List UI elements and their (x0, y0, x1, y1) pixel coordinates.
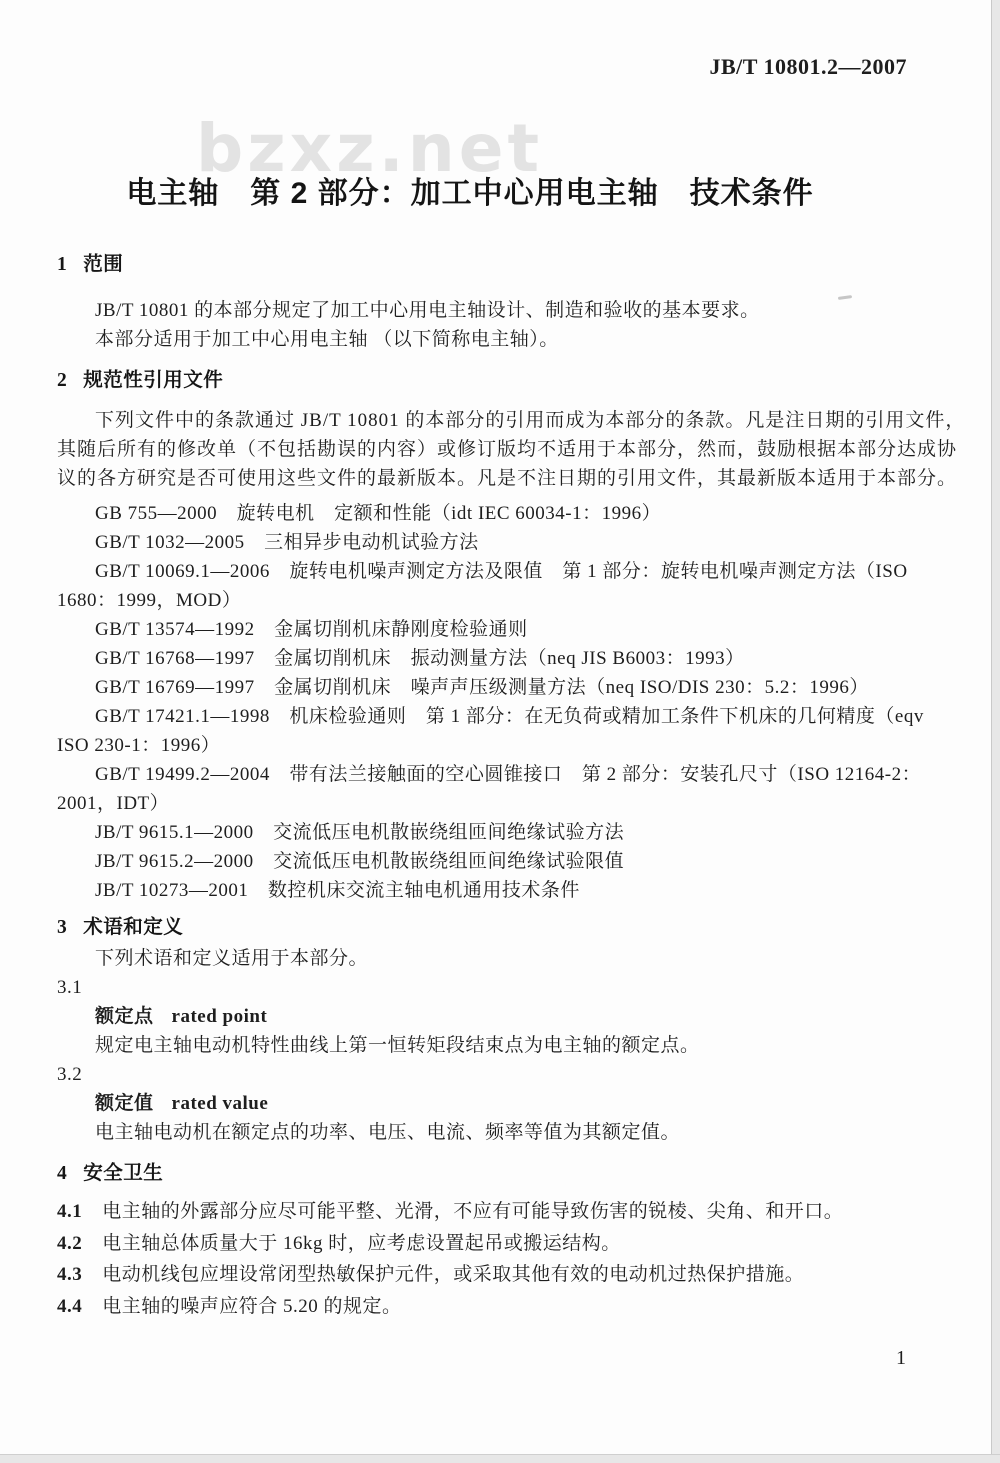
paragraph-line: 下列文件中的条款通过 JB/T 10801 的本部分的引用而成为本部分的条款。凡… (57, 406, 941, 435)
section-safety-hygiene: 4安全卫生 4.1电主轴的外露部分应尽可能平整、光滑，不应有可能导致伤害的锐棱、… (57, 1159, 941, 1322)
term-number: 3.2 (57, 1060, 941, 1089)
term-zh: 额定点 (95, 1006, 154, 1027)
reference-line: GB/T 16768—1997 金属切削机床 振动测量方法（neq JIS B6… (57, 644, 941, 673)
reference-entry: JB/T 9615.1—2000 交流低压电机散嵌绕组匝间绝缘试验方法 (57, 818, 941, 847)
term-definition: 规定电主轴电动机特性曲线上第一恒转矩段结束点为电主轴的额定点。 (95, 1031, 941, 1060)
section-number: 2 (57, 370, 67, 391)
reference-entry: GB/T 17421.1—1998 机床检验通则 第 1 部分：在无负荷或精加工… (57, 702, 941, 760)
reference-line: GB/T 16769—1997 金属切削机床 噪声声压级测量方法（neq ISO… (57, 673, 941, 702)
document-page: JB/T 10801.2—2007 bzxz.net 电主轴 第 2 部分：加工… (0, 0, 1000, 1463)
section-heading: 4安全卫生 (57, 1159, 941, 1188)
paragraph: 下列术语和定义适用于本部分。 (57, 944, 941, 973)
term-name: 额定点rated point (95, 1002, 941, 1031)
reference-line: GB/T 1032—2005 三相异步电动机试验方法 (57, 528, 941, 557)
reference-line: JB/T 10273—2001 数控机床交流主轴电机通用技术条件 (57, 876, 941, 905)
page-number: 1 (896, 1347, 906, 1370)
section-label: 术语和定义 (83, 916, 183, 938)
document-title: 电主轴 第 2 部分：加工中心用电主轴 技术条件 (0, 168, 940, 212)
section-number: 1 (57, 254, 67, 275)
clause-number: 4.2 (57, 1233, 82, 1254)
section-label: 规范性引用文件 (83, 369, 223, 391)
clause-text: 电主轴的噪声应符合 5.20 的规定。 (102, 1296, 401, 1317)
clause: 4.1电主轴的外露部分应尽可能平整、光滑，不应有可能导致伤害的锐棱、尖角、和开口… (57, 1196, 941, 1228)
reference-line: ISO 230-1：1996） (57, 731, 941, 760)
reference-entry: GB/T 16769—1997 金属切削机床 噪声声压级测量方法（neq ISO… (57, 673, 941, 702)
term-number: 3.1 (57, 973, 941, 1002)
reference-line: GB 755—2000 旋转电机 定额和性能（idt IEC 60034-1：1… (57, 499, 941, 528)
reference-list: GB 755—2000 旋转电机 定额和性能（idt IEC 60034-1：1… (57, 499, 941, 905)
clause-text: 电主轴总体质量大于 16kg 时，应考虑设置起吊或搬运结构。 (102, 1233, 621, 1254)
section-number: 4 (57, 1163, 67, 1184)
section-normative-references: 2规范性引用文件 下列文件中的条款通过 JB/T 10801 的本部分的引用而成… (57, 366, 941, 905)
reference-entry: GB 755—2000 旋转电机 定额和性能（idt IEC 60034-1：1… (57, 499, 941, 528)
term-entry: 3.2 额定值rated value 电主轴电动机在额定点的功率、电压、电流、频… (57, 1060, 941, 1147)
reference-line: JB/T 9615.2—2000 交流低压电机散嵌绕组匝间绝缘试验限值 (57, 847, 941, 876)
section-terms-definitions: 3术语和定义 下列术语和定义适用于本部分。 3.1 额定点rated point… (57, 913, 941, 1147)
reference-line: 1680：1999，MOD） (57, 586, 941, 615)
section-heading: 1范围 (57, 250, 941, 279)
reference-line: GB/T 19499.2—2004 带有法兰接触面的空心圆锥接口 第 2 部分：… (57, 760, 941, 789)
reference-entry: GB/T 1032—2005 三相异步电动机试验方法 (57, 528, 941, 557)
paragraph: 本部分适用于加工中心用电主轴 （以下简称电主轴）。 (57, 325, 941, 354)
reference-entry: JB/T 10273—2001 数控机床交流主轴电机通用技术条件 (57, 876, 941, 905)
section-heading: 3术语和定义 (57, 913, 941, 942)
reference-entry: GB/T 13574—1992 金属切削机床静刚度检验通则 (57, 615, 941, 644)
clause: 4.2电主轴总体质量大于 16kg 时，应考虑设置起吊或搬运结构。 (57, 1228, 941, 1260)
standard-code: JB/T 10801.2—2007 (709, 54, 907, 80)
section-heading: 2规范性引用文件 (57, 366, 941, 395)
term-entry: 3.1 额定点rated point 规定电主轴电动机特性曲线上第一恒转矩段结束… (57, 973, 941, 1060)
term-definition: 电主轴电动机在额定点的功率、电压、电流、频率等值为其额定值。 (95, 1118, 941, 1147)
paragraph-line: 其随后所有的修改单（不包括勘误的内容）或修订版均不适用于本部分，然而，鼓励根据本… (57, 435, 941, 464)
section-scope: 1范围 JB/T 10801 的本部分规定了加工中心用电主轴设计、制造和验收的基… (57, 250, 941, 354)
section-label: 安全卫生 (83, 1162, 163, 1184)
reference-line: GB/T 10069.1—2006 旋转电机噪声测定方法及限值 第 1 部分：旋… (57, 557, 941, 586)
clause: 4.3电动机线包应埋设常闭型热敏保护元件，或采取其他有效的电动机过热保护措施。 (57, 1259, 941, 1291)
reference-line: GB/T 13574—1992 金属切削机床静刚度检验通则 (57, 615, 941, 644)
clause: 4.4电主轴的噪声应符合 5.20 的规定。 (57, 1291, 941, 1323)
clause-text: 电动机线包应埋设常闭型热敏保护元件，或采取其他有效的电动机过热保护措施。 (102, 1264, 804, 1285)
reference-line: JB/T 9615.1—2000 交流低压电机散嵌绕组匝间绝缘试验方法 (57, 818, 941, 847)
reference-entry: GB/T 19499.2—2004 带有法兰接触面的空心圆锥接口 第 2 部分：… (57, 760, 941, 818)
term-en: rated point (172, 1006, 268, 1027)
section-number: 3 (57, 917, 67, 938)
paragraph: JB/T 10801 的本部分规定了加工中心用电主轴设计、制造和验收的基本要求。 (57, 296, 941, 325)
reference-line: GB/T 17421.1—1998 机床检验通则 第 1 部分：在无负荷或精加工… (57, 702, 941, 731)
clause-number: 4.1 (57, 1201, 82, 1222)
reference-line: 2001，IDT） (57, 789, 941, 818)
clause-text: 电主轴的外露部分应尽可能平整、光滑，不应有可能导致伤害的锐棱、尖角、和开口。 (102, 1201, 843, 1222)
scan-edge-bottom (0, 1454, 1000, 1463)
term-zh: 额定值 (95, 1093, 154, 1114)
document-body: 1范围 JB/T 10801 的本部分规定了加工中心用电主轴设计、制造和验收的基… (57, 250, 941, 1322)
reference-entry: GB/T 16768—1997 金属切削机床 振动测量方法（neq JIS B6… (57, 644, 941, 673)
paragraph-line: 议的各方研究是否可使用这些文件的最新版本。凡是不注日期的引用文件，其最新版本适用… (57, 464, 941, 493)
clause-number: 4.4 (57, 1296, 82, 1317)
term-name: 额定值rated value (95, 1089, 941, 1118)
reference-entry: GB/T 10069.1—2006 旋转电机噪声测定方法及限值 第 1 部分：旋… (57, 557, 941, 615)
reference-entry: JB/T 9615.2—2000 交流低压电机散嵌绕组匝间绝缘试验限值 (57, 847, 941, 876)
section-label: 范围 (83, 253, 123, 275)
clause-number: 4.3 (57, 1264, 82, 1285)
term-en: rated value (172, 1093, 269, 1114)
scan-edge-right (991, 0, 1000, 1463)
